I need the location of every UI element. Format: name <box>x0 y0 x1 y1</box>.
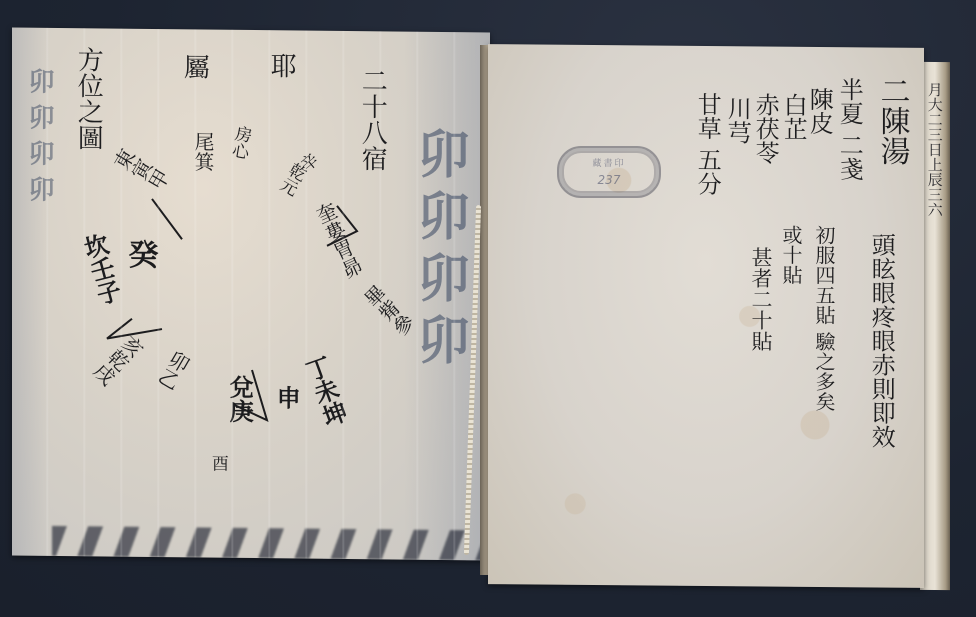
left-page: 卯卯卯卯 卯卯卯卯 方位之圖 屬 耶 二十八宿 奎婁胃昴 畢觜參 辛 乾元 房心… <box>12 27 490 560</box>
stamp-number: 237 <box>559 173 659 187</box>
note-or-ten: 或十貼 <box>780 225 801 285</box>
ingredient-banxia: 半夏 二戔 <box>836 77 861 181</box>
edge-text: 月大二三日上辰三六 <box>926 82 942 217</box>
library-stamp: 藏書印 237 <box>557 146 661 198</box>
diagram-connector-strokes <box>12 27 490 560</box>
ingredient-baizhi: 白芷 <box>780 93 805 141</box>
ingredient-chenpi: 陳皮 <box>806 87 831 135</box>
note-severe: 甚者二十貼 <box>750 246 772 351</box>
prescription-title: 二陳湯 <box>876 75 908 165</box>
ingredient-gancao: 甘草 五分 <box>694 92 719 196</box>
note-effect: 頭眩眼疼眼赤則即效 <box>868 232 893 448</box>
ingredient-chifuling: 赤茯苓 <box>752 92 777 164</box>
stamp-text: 藏書印 <box>559 156 659 169</box>
right-page: 二陳湯 半夏 二戔 陳皮 白芷 赤茯苓 川芎 甘草 五分 頭眩眼疼眼赤則即效 初… <box>488 44 924 588</box>
note-first-dose: 初服四五貼 驗之多矣 <box>813 225 834 412</box>
next-page-edge: 月大二三日上辰三六 <box>920 62 950 590</box>
ingredient-chuanxiong: 川芎 <box>724 96 749 144</box>
